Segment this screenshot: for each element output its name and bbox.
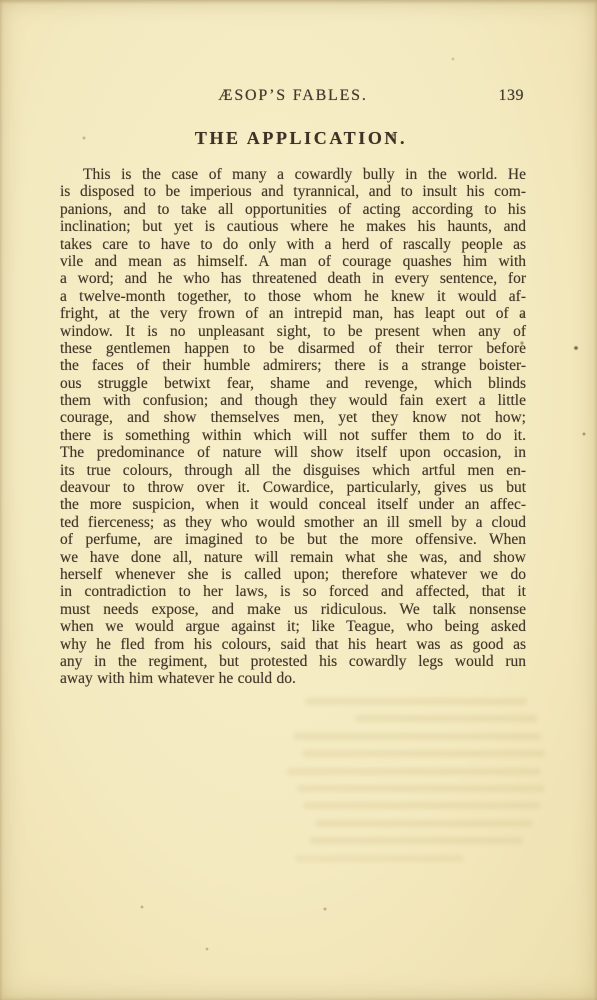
paper-specks: [0, 0, 2, 2]
body-text-line: in contradiction to her laws, is so forc…: [60, 583, 526, 600]
body-text-line: of perfume, are imagined to be but the m…: [60, 531, 526, 548]
body-text-line: them with confusion; and though they wou…: [60, 392, 526, 409]
body-text-line: herself whenever she is called upon; the…: [60, 566, 526, 583]
body-text-line: there is something within which will not…: [60, 427, 526, 444]
book-page-scan: ÆSOP’S FABLES. 139 THE APPLICATION. This…: [0, 0, 597, 1000]
bleedthrough-ghost-text: [285, 698, 545, 872]
page-header: ÆSOP’S FABLES. 139: [60, 87, 526, 107]
page-number: 139: [499, 87, 525, 105]
body-text-line: courage, and show themselves men, yet th…: [60, 409, 526, 426]
body-text-line: a word; and he who has threatened death …: [60, 270, 526, 287]
body-text-line: its true colours, through all the disgui…: [60, 462, 526, 479]
body-text-line: is disposed to be imperious and tyrannic…: [60, 183, 526, 200]
body-text-line: This is the case of many a cowardly bull…: [60, 166, 526, 183]
running-header: ÆSOP’S FABLES.: [60, 87, 526, 105]
body-text-line: fright, at the very frown of an intrepid…: [60, 305, 526, 322]
body-text-line: the more suspicion, when it would concea…: [60, 496, 526, 513]
body-text-line: the faces of their humble admirers; ther…: [60, 357, 526, 374]
body-text-line: deavour to throw over it. Cowardice, par…: [60, 479, 526, 496]
body-text-line: why he fled from his colours, said that …: [60, 636, 526, 653]
body-text-line: ous struggle betwixt fear, shame and rev…: [60, 375, 526, 392]
section-title: THE APPLICATION.: [68, 128, 534, 149]
body-text-line: we have done all, nature will remain wha…: [60, 549, 526, 566]
body-text: This is the case of many a cowardly bull…: [60, 166, 526, 688]
body-text-line: vile and mean as himself. A man of coura…: [60, 253, 526, 270]
body-text-line: inclination; but yet is cautious where h…: [60, 218, 526, 235]
body-text-line: panions, and to take all opportunities o…: [60, 201, 526, 218]
body-text-line: window. It is no unpleasant sight, to be…: [60, 323, 526, 340]
body-text-line: ted fierceness; as they who would smothe…: [60, 514, 526, 531]
body-text-line: The predominance of nature will show its…: [60, 444, 526, 461]
body-text-line: a twelve-month together, to those whom h…: [60, 288, 526, 305]
body-text-line: these gentlemen happen to be disarmed of…: [60, 340, 526, 357]
body-text-line: must needs expose, and make us ridiculou…: [60, 601, 526, 618]
body-text-line: takes care to have to do only with a her…: [60, 236, 526, 253]
body-text-line: away with him whatever he could do.: [60, 670, 526, 687]
body-text-line: any in the regiment, but protested his c…: [60, 653, 526, 670]
body-text-line: when we would argue against it; like Tea…: [60, 618, 526, 635]
